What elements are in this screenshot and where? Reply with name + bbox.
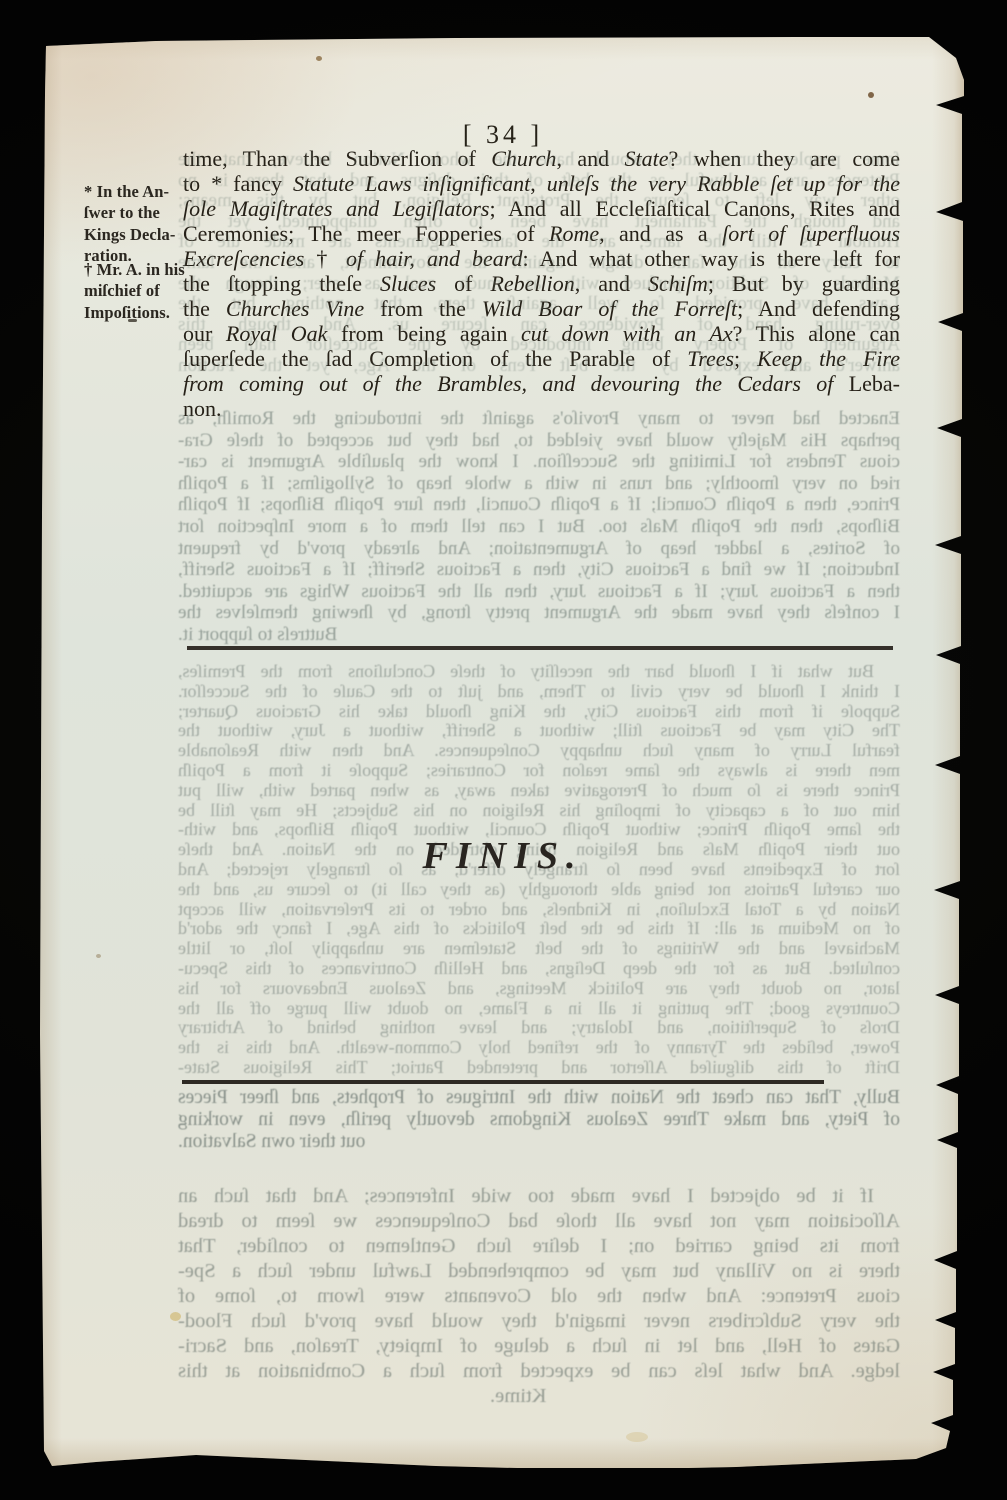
text-line: Buttreſs to ſupport it. <box>178 624 900 646</box>
bleedthrough-text-1: Enacted had never to many Proviſo's agai… <box>178 408 900 646</box>
text-line: Ktime. <box>178 1384 900 1409</box>
text-line: Nation by a Total Excluſion, in Kindneſs… <box>178 900 900 920</box>
text-line: ſwer to the <box>84 202 188 223</box>
bleedthrough-text-top: ſome peoples turns, they would have the … <box>178 150 900 377</box>
text-line: Laws have provided ſo well againſt them,… <box>178 294 900 315</box>
text-line: other way left to ſecure the Proteſtant … <box>178 191 900 212</box>
text-line: Prince, then a Popiſh Council; If a Popi… <box>178 494 900 516</box>
text-line: of Piety, and make Three Zealous Kingdom… <box>178 1109 900 1131</box>
photo-background: ſome peoples turns, they would have the … <box>0 0 1007 1500</box>
text-line: Drift of this diſguiſed Aſſertor and pre… <box>178 1058 900 1078</box>
text-line: Droſs of Superſtition, and Idolatry; and… <box>178 1018 900 1038</box>
text-line: then a Factious Jury; If a Factious Jury… <box>178 581 900 603</box>
text-line: anſwer'd and expos'd by the beſt Pens of… <box>178 356 900 377</box>
text-line: of no Medium at all: If this be the beſt… <box>178 919 900 939</box>
section-rule-bottom <box>182 1080 824 1084</box>
text-line: conſulted. But as for the deep Deſigns, … <box>178 959 900 979</box>
text-line: Bully, That can cheat the Nation with th… <box>178 1087 900 1109</box>
text-line: Prince there is ſo much of Prerogative t… <box>178 781 900 801</box>
text-line: If it be objected I have made too wide I… <box>178 1184 900 1209</box>
book-page: ſome peoples turns, they would have the … <box>36 34 968 1468</box>
text-line: Pretences are as lawful as the beſt of t… <box>178 171 900 192</box>
text-line: and though the Parliament have been ſo o… <box>178 212 900 233</box>
text-line: to carry on the ſame deſigns againſt the… <box>178 253 900 274</box>
text-line: Countreys good; The putting it all in a … <box>178 999 900 1019</box>
text-line: Humour is ſtill the ſame, and the ſame A… <box>178 232 900 253</box>
catchword: time. <box>178 1384 532 1409</box>
text-line: our careful Patriots not being able thor… <box>178 880 900 900</box>
text-line: there is no Villany but may be comprehen… <box>178 1259 900 1284</box>
text-line: cious Pretence: And when the old Covenan… <box>178 1284 900 1309</box>
text-line: perhaps His Majeſty would have yielded t… <box>178 430 900 452</box>
text-line: I confeſs they have made the Argument pr… <box>178 602 900 624</box>
text-line: him out of a capacity of impoſing his Re… <box>178 801 900 821</box>
text-line: Power, beſides the Tyranny of the refine… <box>178 1038 900 1058</box>
text-line: fearful Lurry of many ſuch unhappy Conſe… <box>178 741 900 761</box>
text-line: The City may be Factious ſtill; without … <box>178 721 900 741</box>
margin-note-answer-kings-declaration: * In the An-ſwer to theKings Decla-ratio… <box>84 181 188 267</box>
text-line: Enacted had never to many Proviſo's agai… <box>178 408 900 430</box>
paper-stain <box>868 92 874 98</box>
text-line: cious Tenders for Limiting the Succeſſio… <box>178 451 900 473</box>
text-line: * In the An- <box>84 181 188 202</box>
text-line: the very Subſcribers never imagin'd they… <box>178 1309 900 1334</box>
text-line: of Sorites, a ladder heap of Argumentati… <box>178 538 900 560</box>
text-line: Argument of Popery being introduced by t… <box>178 335 900 356</box>
section-rule-top <box>187 646 893 650</box>
text-line: out their own Salvation. <box>178 1131 900 1153</box>
text-line: men there is always the ſame reaſon for … <box>178 761 900 781</box>
text-line: ried on very ſmoothly; and runs in with … <box>178 473 900 495</box>
text-line: Kings Decla- <box>84 224 188 245</box>
text-line: miſchief of <box>84 280 188 301</box>
bleedthrough-text-3: Bully, That can cheat the Nation with th… <box>178 1087 900 1153</box>
text-line: Methods of Sedition purſued with as much… <box>178 274 900 295</box>
text-line: from its being carried on; I deſire ſuch… <box>178 1234 900 1259</box>
text-line: † Mr. A. in his <box>84 259 188 280</box>
finis-colophon: FINIS. <box>146 834 860 878</box>
text-line: Aſſociation may not have all thoſe bad C… <box>178 1209 900 1234</box>
text-line: Suppoſe if from this Factious City, the … <box>178 702 900 722</box>
text-line: Machiavel and the Writings of the beſt S… <box>178 939 900 959</box>
paper-stain <box>626 1432 648 1442</box>
paper-stain <box>316 56 322 61</box>
bleedthrough-text-4: If it be objected I have made too wide I… <box>178 1184 900 1409</box>
text-line: ledge. And what leſs can be expected fro… <box>178 1359 900 1384</box>
text-line: Induction; If we find a Factious City, t… <box>178 559 900 581</box>
paper-stain <box>96 954 101 958</box>
text-line: I think I ſhould be very civil to Them, … <box>178 682 900 702</box>
text-line: over-ruling hand of Providence can ſecur… <box>178 315 900 336</box>
text-line: Biſhops, then the Popiſh Maſs too. But I… <box>178 516 900 538</box>
text-line: ſome peoples turns, they would have the … <box>178 150 900 171</box>
signature-mark: K <box>532 1384 547 1409</box>
text-line: Impoſitions. <box>84 302 188 323</box>
text-line: But what if I ſhould barr the neceſſity … <box>178 662 900 682</box>
text-line: Gates of Hell, and let in ſuch a deluge … <box>178 1334 900 1359</box>
text-line: lator, no doubt they are Politick Meetin… <box>178 979 900 999</box>
margin-note-mischief-of-impositions: † Mr. A. in hismiſchief ofImpoſitions. <box>84 259 188 323</box>
